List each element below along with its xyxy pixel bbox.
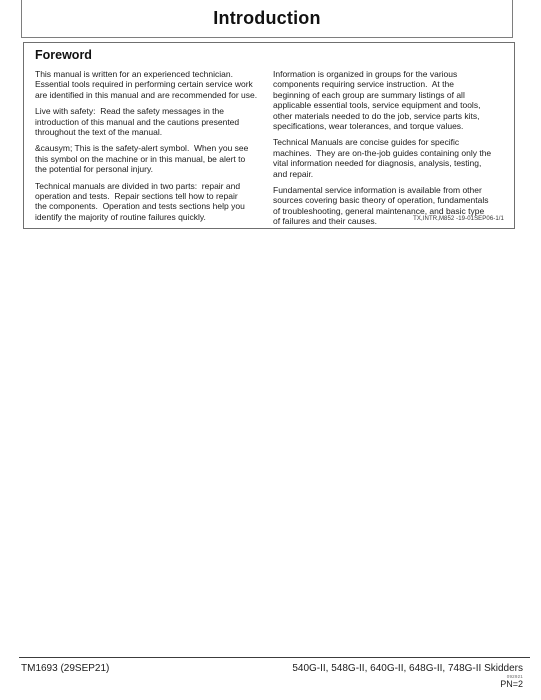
left-column: This manual is written for an experience… (35, 69, 267, 233)
page-header-box: Introduction (21, 0, 513, 38)
foreword-paragraph: This manual is written for an experience… (35, 69, 267, 100)
foreword-paragraph: &causym; This is the safety-alert symbol… (35, 143, 267, 174)
foreword-paragraph: Live with safety: Read the safety messag… (35, 106, 267, 137)
section-heading: Foreword (35, 48, 503, 62)
right-column: Information is organized in groups for t… (273, 69, 503, 233)
foreword-paragraph: Technical manuals are divided in two par… (35, 181, 267, 223)
two-column-layout: This manual is written for an experience… (35, 69, 503, 233)
page-title: Introduction (213, 8, 320, 29)
foreword-section: Foreword This manual is written for an e… (23, 42, 515, 229)
reference-code: TX,INTR,M852 -19-01SEP06-1/1 (413, 216, 504, 222)
foreword-paragraph: Technical Manuals are concise guides for… (273, 137, 503, 179)
manual-number: TM1693 (29SEP21) (21, 663, 109, 674)
page-number: PN=2 (500, 679, 523, 689)
foreword-paragraph: Information is organized in groups for t… (273, 69, 503, 131)
footer-divider (19, 657, 530, 658)
model-list: 540G-II, 548G-II, 640G-II, 648G-II, 748G… (292, 663, 523, 674)
